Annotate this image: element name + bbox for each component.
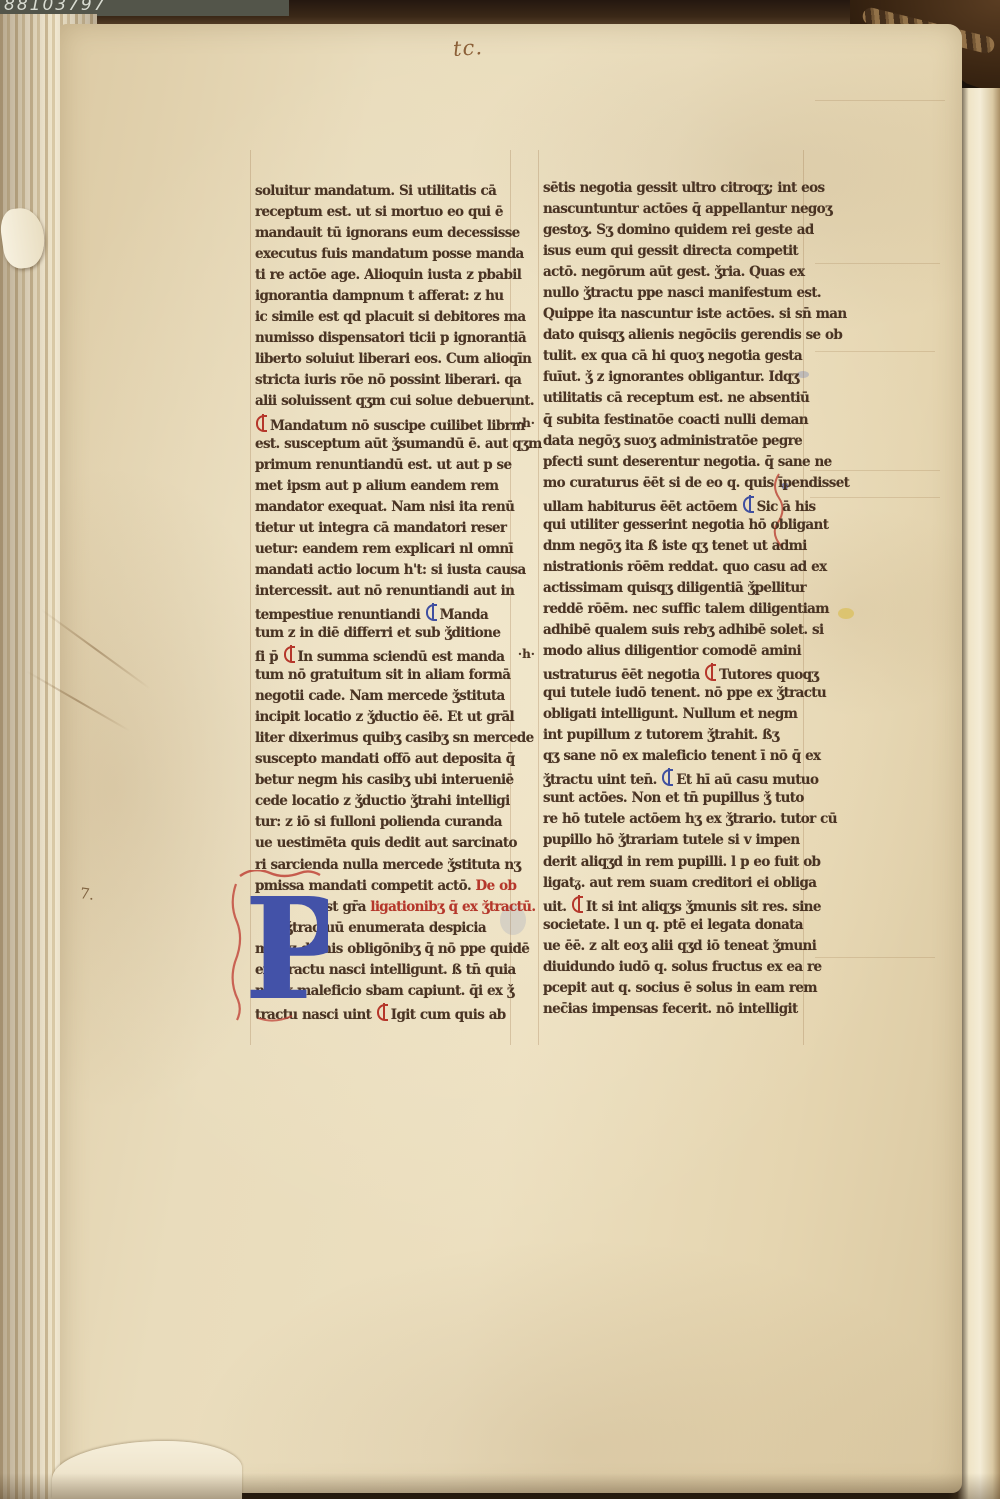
body-text: nec̄ias impensas fecerit. nō intelligit	[543, 1001, 798, 1017]
text-line: sētis negotia gessit ultro citroqʒ; int …	[543, 178, 801, 199]
body-text: re hō tutele actōem hʒ ex ǯtrario. tutor…	[543, 811, 837, 827]
paraph-icon	[572, 896, 583, 913]
body-text: sētis negotia gessit ultro citroqʒ; int …	[543, 180, 824, 196]
ruling-line	[538, 150, 539, 1045]
text-line: fi p̄ In summa sciendū est manda·h·	[255, 644, 513, 665]
text-line: ic simile est qd placuit si debitores ma	[255, 307, 513, 328]
body-text: soluitur mandatum. Si utilitatis cā	[255, 183, 496, 199]
text-line: tum nō gratuitum sit in aliam formā	[255, 665, 513, 686]
body-text: ic simile est qd placuit si debitores ma	[255, 309, 526, 325]
paraph-icon	[705, 664, 716, 681]
body-text: alii soluissent qʒm cui solue debuerunt.	[255, 393, 534, 409]
body-text: actissimam quisqʒ diligentiā ǯpellitur	[543, 580, 806, 596]
body-text: mandator exequat. Nam nisi ita renū	[255, 499, 514, 515]
rubric-text: De ob	[476, 878, 517, 894]
body-text: societate. l un q. ptē ei legata donata	[543, 917, 803, 933]
text-line: ǯtractu uint ten̄. Et hī aū casu mutuo	[543, 767, 801, 788]
text-line: dato quisqʒ alienis negōciis gerendis se…	[543, 325, 801, 346]
body-text: Quippe ita nascuntur iste actōes. si sn̄…	[543, 306, 847, 322]
text-line: pupillo hō ǯtrariam tutele si v impen	[543, 830, 801, 851]
body-text: qui utiliter gesserint negotia hō obliga…	[543, 517, 828, 533]
text-line: suscepto mandati offō aut deposita q̄	[255, 749, 513, 770]
text-line: nascuntuntur actōes q̄ appellantur negoʒ	[543, 199, 801, 220]
body-text: mandauit tū ignorans eum decessisse	[255, 225, 520, 241]
body-text: ustraturus ēēt negotia	[543, 667, 704, 683]
body-text: fi p̄	[255, 649, 283, 665]
text-line: gestoʒ. Sʒ domino quidem rei geste ad	[543, 220, 801, 241]
text-line: Mandatum nō suscipe cuilibet librm·h·	[255, 413, 513, 434]
text-line: est. susceptum aūt ǯsumandū ē. aut qʒm	[255, 434, 513, 455]
body-text: It si int aliqʒs ǯmunis sit res. sine	[586, 899, 821, 915]
body-text: Tutores quoqʒ	[719, 667, 818, 683]
text-line: tietur ut integra cā mandatori reser	[255, 518, 513, 539]
body-text: actō. negōrum aūt gest. ǯria. Quas ex	[543, 264, 804, 280]
text-line: qʒ sane nō ex maleficio tenent ī nō q̄ e…	[543, 746, 801, 767]
body-text: primum renuntiandū est. ut aut p se	[255, 457, 511, 473]
body-text: qui tutele iudō tenent. nō ppe ex ǯtract…	[543, 685, 826, 701]
body-text: betur negm his casibʒ ubi interueniē	[255, 772, 513, 788]
body-text: ti re actōe age. Alioquin iusta z pbabil	[255, 267, 521, 283]
manuscript-photo: 88103797 tc. 7. soluitur mandatum. Si ut…	[0, 0, 1000, 1499]
body-text: negotii cade. Nam mercede ǯstituta	[255, 688, 505, 704]
body-text: Mandatum nō suscipe cuilibet librm	[270, 418, 525, 434]
text-line: tur: z iō si fulloni polienda curanda	[255, 812, 513, 833]
body-text: est. susceptum aūt ǯsumandū ē. aut qʒm	[255, 436, 542, 452]
body-text: mo curaturus ēēt si de eo q. quis īpendi…	[543, 475, 849, 491]
body-text: tulit. ex qua cā hi quoʒ negotia gesta	[543, 348, 802, 364]
body-text: ligatᵹ. aut rem suam creditori ei obliga	[543, 875, 816, 891]
ruling-line	[810, 497, 940, 498]
text-line: liter dixerimus quibʒ casibʒ sn mercede	[255, 728, 513, 749]
paraph-icon	[743, 496, 754, 513]
text-line: ue uestimēta quis dedit aut sarcinato	[255, 833, 513, 854]
body-text: Et hī aū casu mutuo	[676, 772, 818, 788]
body-text: dato quisqʒ alienis negōciis gerendis se…	[543, 327, 842, 343]
margin-note: ·h·	[518, 644, 535, 665]
body-text: isus eum qui gessit directa competit	[543, 243, 798, 259]
body-text: adhibē qualem suis rebʒ adhibē solet. si	[543, 622, 823, 638]
body-text: numisso dispensatori ticii p ignorantiā	[255, 330, 526, 346]
body-text: met ipsm aut p alium eandem rem	[255, 478, 498, 494]
text-line: soluitur mandatum. Si utilitatis cā	[255, 181, 513, 202]
text-line: dnm negōʒ ita ß iste qʒ tenet ut admi	[543, 536, 801, 557]
body-text: executus fuis mandatum posse manda	[255, 246, 524, 262]
body-text: qʒ sane nō ex maleficio tenent ī nō q̄ e…	[543, 748, 820, 764]
body-text: ǯtractu uint ten̄.	[543, 772, 661, 788]
body-text: tempestiue renuntiandi	[255, 607, 425, 623]
body-text: nullo ǯtractu ppe nasci manifestum est.	[543, 285, 821, 301]
bottom-shadow	[0, 1473, 1000, 1499]
stain	[838, 608, 854, 619]
ruling-line	[815, 100, 945, 101]
paraph-icon	[377, 1004, 388, 1021]
text-line: actō. negōrum aūt gest. ǯria. Quas ex	[543, 262, 801, 283]
body-text: tum nō gratuitum sit in aliam formā	[255, 667, 510, 683]
paraph-icon	[256, 415, 267, 432]
body-text: reddē rōēm. nec suffic talem diligentiam	[543, 601, 829, 617]
text-line: numisso dispensatori ticii p ignorantiā	[255, 328, 513, 349]
body-text: diuidundo iudō q. solus fructus ex ea re	[543, 959, 821, 975]
body-text: sunt actōes. Non et tn̄ pupillus ǯ tuto	[543, 790, 804, 806]
body-text: Igit cum quis ab	[391, 1007, 506, 1023]
body-text: tum z in diē differri et sub ǯditione	[255, 625, 500, 641]
body-text: Sic ā his	[757, 499, 816, 515]
body-text: nistrationis rōēm reddat. quo casu ad ex	[543, 559, 826, 575]
text-line: qui tutele iudō tenent. nō ppe ex ǯtract…	[543, 683, 801, 704]
body-text: liberto soluiut liberari eos. Cum alioqī…	[255, 351, 531, 367]
body-text: utilitatis cā receptum est. ne absentiū	[543, 390, 809, 406]
ruling-line	[815, 957, 935, 958]
text-line: qui utiliter gesserint negotia hō obliga…	[543, 515, 801, 536]
margin-note: ·h·	[518, 413, 535, 434]
text-line: negotii cade. Nam mercede ǯstituta	[255, 686, 513, 707]
text-line: uetur: eandem rem explicari nl omnī	[255, 539, 513, 560]
body-text: modo alius diligentior comodē amini	[543, 643, 801, 659]
text-line: diuidundo iudō q. solus fructus ex ea re	[543, 957, 801, 978]
rubric-text: ligationibʒ q̄ ex ǯtractū.	[370, 899, 535, 915]
ruling-line	[810, 470, 940, 471]
text-line: tum z in diē differri et sub ǯditione	[255, 623, 513, 644]
text-line: q̄ subita festinatōe coacti nulli deman	[543, 410, 801, 431]
text-line: utilitatis cā receptum est. ne absentiū	[543, 388, 801, 409]
body-text: derit aliqʒd in rem pupilli. l p eo fuit…	[543, 854, 820, 870]
text-line: nullo ǯtractu ppe nasci manifestum est.	[543, 283, 801, 304]
text-line: ligatᵹ. aut rem suam creditori ei obliga	[543, 873, 801, 894]
illuminated-initial-p: P	[228, 870, 328, 1028]
body-text: fuīut. ǯ z ignorantes obligantur. Idqʒ	[543, 369, 799, 385]
text-line: tulit. ex qua cā hi quoʒ negotia gesta	[543, 346, 801, 367]
body-text: tur: z iō si fulloni polienda curanda	[255, 814, 502, 830]
body-text: liter dixerimus quibʒ casibʒ sn mercede	[255, 730, 534, 746]
text-line: reddē rōēm. nec suffic talem diligentiam	[543, 599, 801, 620]
text-line: stricta iuris rōe nō possint liberari. q…	[255, 370, 513, 391]
text-line: actissimam quisqʒ diligentiā ǯpellitur	[543, 578, 801, 599]
body-text: uetur: eandem rem explicari nl omnī	[255, 541, 513, 557]
text-line: nec̄ias impensas fecerit. nō intelligit	[543, 999, 801, 1020]
body-text: dnm negōʒ ita ß iste qʒ tenet ut admi	[543, 538, 807, 554]
text-line: ustraturus ēēt negotia Tutores quoqʒ	[543, 662, 801, 683]
body-text: pupillo hō ǯtrariam tutele si v impen	[543, 832, 800, 848]
body-text: stricta iuris rōe nō possint liberari. q…	[255, 372, 521, 388]
shelfmark-number: 88103797	[4, 0, 107, 15]
ruling-line	[815, 351, 935, 352]
text-line: betur negm his casibʒ ubi interueniē	[255, 770, 513, 791]
left-margin-signature: 7.	[79, 884, 96, 904]
body-text: data negōʒ suoʒ administratōe pegre	[543, 433, 802, 449]
text-line: cede locatio z ǯductio ǯtrahi intelligi	[255, 791, 513, 812]
body-text: gestoʒ. Sʒ domino quidem rei geste ad	[543, 222, 814, 238]
body-text: incipit locatio z ǯductio ēē. Et ut grāl	[255, 709, 514, 725]
text-line: liberto soluiut liberari eos. Cum alioqī…	[255, 349, 513, 370]
body-text: tietur ut integra cā mandatori reser	[255, 520, 506, 536]
text-line: primum renuntiandū est. ut aut p se	[255, 455, 513, 476]
text-line: receptum est. ut si mortuo eo qui ē	[255, 202, 513, 223]
body-text: obligati intelligunt. Nullum et negm	[543, 706, 797, 722]
text-line: int pupillum z tutorem ǯtrahit. ßʒ	[543, 725, 801, 746]
text-line: derit aliqʒd in rem pupilli. l p eo fuit…	[543, 852, 801, 873]
text-line: data negōʒ suoʒ administratōe pegre	[543, 431, 801, 452]
text-line: intercessit. aut nō renuntiandi aut in	[255, 581, 513, 602]
body-text: ignorantia dampnum t afferat: z hu	[255, 288, 503, 304]
text-line: ti re actōe age. Alioquin iusta z pbabil	[255, 265, 513, 286]
text-line: incipit locatio z ǯductio ēē. Et ut grāl	[255, 707, 513, 728]
body-text: ue uestimēta quis dedit aut sarcinato	[255, 835, 517, 851]
text-line: pcepit aut q. socius ē solus in eam rem	[543, 978, 801, 999]
body-text: suscepto mandati offō aut deposita q̄	[255, 751, 515, 767]
body-text: pfecti sunt deserentur negotia. q̄ sane …	[543, 454, 832, 470]
body-text: In summa sciendū est manda	[298, 649, 505, 665]
body-text: nascuntuntur actōes q̄ appellantur negoʒ	[543, 201, 832, 217]
text-line: mandator exequat. Nam nisi ita renū	[255, 497, 513, 518]
text-line: mo curaturus ēēt si de eo q. quis īpendi…	[543, 473, 801, 494]
body-text: int pupillum z tutorem ǯtrahit. ßʒ	[543, 727, 779, 743]
text-line: tempestiue renuntiandi Manda	[255, 602, 513, 623]
paraph-icon	[284, 646, 295, 663]
body-text: uit.	[543, 899, 571, 915]
text-line: mandauit tū ignorans eum decessisse	[255, 223, 513, 244]
body-text: receptum est. ut si mortuo eo qui ē	[255, 204, 503, 220]
body-text: Manda	[440, 607, 488, 623]
body-text: ue ēē. z alt eoʒ alii qʒd iō teneat ǯmun…	[543, 938, 816, 954]
body-text: intercessit. aut nō renuntiandi aut in	[255, 583, 514, 599]
body-text: q̄ subita festinatōe coacti nulli deman	[543, 412, 808, 428]
text-line: pfecti sunt deserentur negotia. q̄ sane …	[543, 452, 801, 473]
text-line: alii soluissent qʒm cui solue debuerunt.	[255, 391, 513, 412]
text-line: obligati intelligunt. Nullum et negm	[543, 704, 801, 725]
text-column-2: sētis negotia gessit ultro citroqʒ; int …	[543, 178, 801, 1020]
paraph-icon	[662, 769, 673, 786]
ruling-line	[815, 263, 940, 264]
text-line: Quippe ita nascuntur iste actōes. si sn̄…	[543, 304, 801, 325]
text-line: executus fuis mandatum posse manda	[255, 244, 513, 265]
body-text: pcepit aut q. socius ē solus in eam rem	[543, 980, 817, 996]
text-line: re hō tutele actōem hʒ ex ǯtrario. tutor…	[543, 809, 801, 830]
text-line: adhibē qualem suis rebʒ adhibē solet. si	[543, 620, 801, 641]
text-line: met ipsm aut p alium eandem rem	[255, 476, 513, 497]
text-line: mandati actio locum h't: si iusta causa	[255, 560, 513, 581]
text-line: isus eum qui gessit directa competit	[543, 241, 801, 262]
text-line: ullam habiturus ēēt actōem Sic ā his	[543, 494, 801, 515]
body-text: ullam habiturus ēēt actōem	[543, 499, 742, 515]
text-line: nistrationis rōēm reddat. quo casu ad ex	[543, 557, 801, 578]
initial-letter: P	[244, 870, 328, 1028]
text-line: fuīut. ǯ z ignorantes obligantur. Idqʒ	[543, 367, 801, 388]
text-line: ignorantia dampnum t afferat: z hu	[255, 286, 513, 307]
paraph-icon	[426, 604, 437, 621]
text-line: sunt actōes. Non et tn̄ pupillus ǯ tuto	[543, 788, 801, 809]
body-text: mandati actio locum h't: si iusta causa	[255, 562, 526, 578]
text-line: societate. l un q. ptē ei legata donata	[543, 915, 801, 936]
quire-mark: tc.	[452, 35, 483, 61]
body-text: cede locatio z ǯductio ǯtrahi intelligi	[255, 793, 510, 809]
text-line: ue ēē. z alt eoʒ alii qʒd iō teneat ǯmun…	[543, 936, 801, 957]
text-line: modo alius diligentior comodē amini	[543, 641, 801, 662]
text-line: uit. It si int aliqʒs ǯmunis sit res. si…	[543, 894, 801, 915]
